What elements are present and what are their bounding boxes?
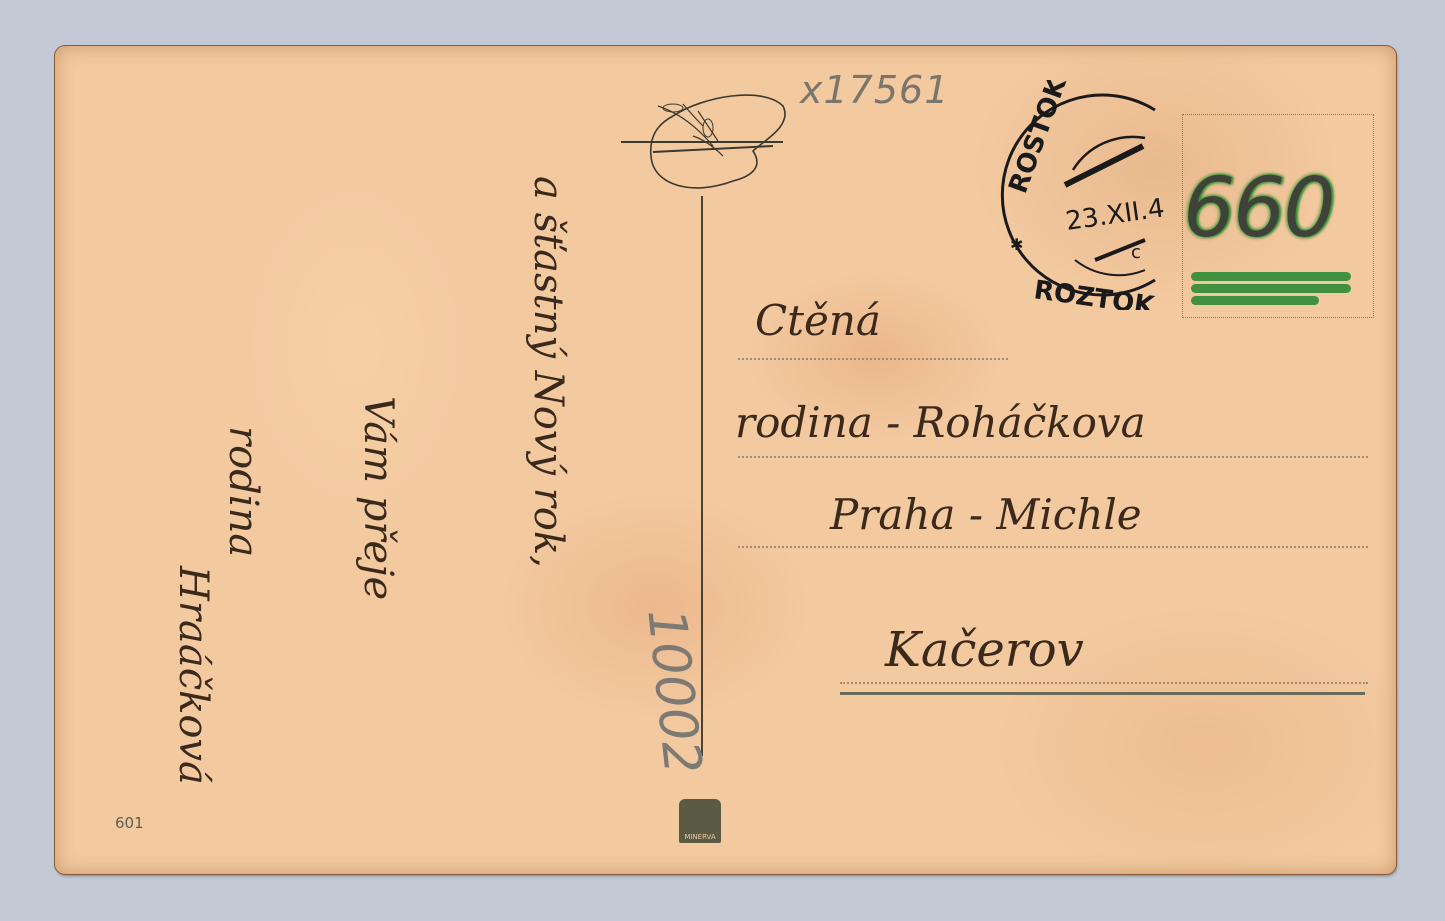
- message-column-1: a šťastný Nový rok,: [525, 176, 571, 568]
- green-crayon-scribble: [1191, 272, 1351, 312]
- postmark-icon: ROSTOK b.PR. 23.XII.40 c ROZTOK ✱: [985, 80, 1165, 310]
- address-dotted-line: [738, 358, 1008, 360]
- address-dotted-line: [840, 682, 1368, 684]
- palette-logo-icon: [613, 86, 793, 196]
- address-line-2: rodina - Roháčkova: [735, 398, 1146, 447]
- minerva-publisher-logo: MINERVA: [679, 799, 721, 843]
- svg-text:23.XII.40: 23.XII.40: [1064, 191, 1165, 237]
- inventory-number: x17561: [800, 68, 949, 112]
- svg-text:ROZTOK: ROZTOK: [1032, 275, 1157, 310]
- address-line-4: Kačerov: [885, 622, 1084, 678]
- message-column-2: Vám přeje: [355, 396, 401, 600]
- address-line-3: Praha - Michle: [830, 490, 1142, 539]
- svg-text:c: c: [1131, 242, 1141, 263]
- message-column-3: rodina: [220, 426, 266, 557]
- address-line-1: Ctěná: [755, 296, 881, 345]
- postcard: x17561 ROSTOK b.PR. 23.XII.40 c ROZTOK ✱…: [55, 46, 1396, 874]
- price-annotation: 660: [1183, 161, 1334, 256]
- address-dotted-line: [738, 456, 1368, 458]
- svg-text:✱: ✱: [1010, 235, 1023, 254]
- address-dotted-line: [738, 546, 1368, 548]
- address-underline: [840, 692, 1365, 695]
- message-column-4: Hraáčková: [170, 566, 216, 785]
- card-number: 601: [115, 814, 144, 832]
